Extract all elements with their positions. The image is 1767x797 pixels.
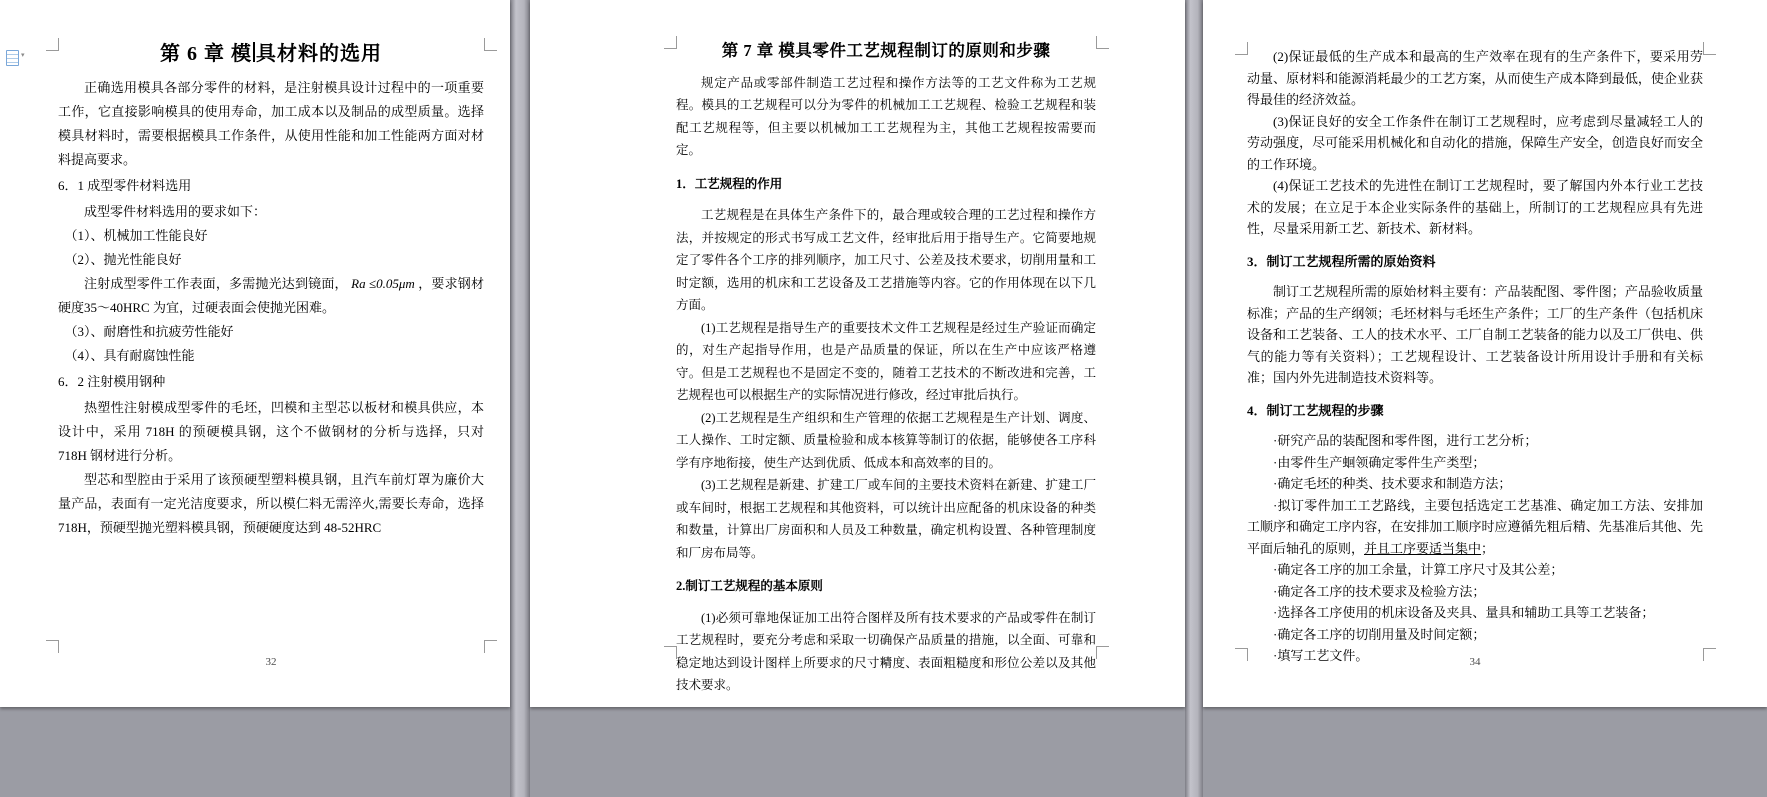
page-number: 32: [58, 656, 484, 668]
heading-6-2[interactable]: 6．2 注射模用钢种: [58, 370, 484, 394]
paragraph[interactable]: (2)保证最低的生产成本和最高的生产效率在现有的生产条件下，要采用劳动量、原材料…: [1247, 46, 1703, 111]
page-number: 33: [676, 656, 1096, 668]
text-caret: [253, 42, 255, 62]
paragraph[interactable]: 型芯和型腔由于采用了该预硬型塑料模具钢，且汽车前灯罩为廉价大量产品，表面有一定光…: [58, 468, 484, 540]
text-margin-mark: [484, 38, 497, 51]
heading-1[interactable]: 1．工艺规程的作用: [676, 173, 1096, 196]
chapter-7-title[interactable]: 第 7 章 模具零件工艺规程制订的原则和步骤: [676, 40, 1096, 63]
list-item[interactable]: （2）、抛光性能良好: [58, 248, 484, 272]
paragraph[interactable]: (4)保证工艺技术的先进性在制订工艺规程时，要了解国内外本行业工艺技术的发展；在…: [1247, 175, 1703, 240]
paragraph[interactable]: 热塑性注射模成型零件的毛坯，凹模和主型芯以板材和模具供应，本设计中，采用 718…: [58, 396, 484, 468]
paragraph-text: 注射成型零件工作表面，多需抛光达到镜面，: [84, 276, 351, 291]
list-item[interactable]: ·确定各工序的切削用量及时间定额；: [1247, 624, 1703, 646]
heading-3[interactable]: 3．制订工艺规程所需的原始资料: [1247, 251, 1703, 273]
text-margin-mark: [1096, 36, 1109, 49]
paragraph[interactable]: 成型零件材料选用的要求如下：: [58, 200, 484, 224]
paragraph[interactable]: (2)工艺规程是生产组织和生产管理的依据工艺规程是生产计划、调度、工人操作、工时…: [676, 407, 1096, 475]
text-margin-mark: [46, 640, 59, 653]
heading-6-1[interactable]: 6．1 成型零件材料选用: [58, 174, 484, 198]
paragraph[interactable]: 工艺规程是在具体生产条件下的，最合理或较合理的工艺过程和操作方法，并按规定的形式…: [676, 204, 1096, 317]
list-item-text: ；: [1481, 541, 1494, 556]
text-margin-mark: [1703, 42, 1716, 55]
paragraph[interactable]: (3)保证良好的安全工作条件在制订工艺规程时，应考虑到尽量减轻工人的劳动强度，尽…: [1247, 111, 1703, 176]
chapter-6-title-left: 第 6 章 模: [160, 43, 252, 65]
surface-roughness-formula: Ra ≤0.05μm: [351, 276, 415, 291]
list-item[interactable]: ·确定各工序的加工余量，计算工序尺寸及其公差；: [1247, 559, 1703, 581]
heading-2[interactable]: 2.制订工艺规程的基本原则: [676, 575, 1096, 598]
list-item[interactable]: ·选择各工序使用的机床设备及夹具、量具和辅助工具等工艺装备；: [1247, 602, 1703, 624]
list-item[interactable]: ·拟订零件加工工艺路线，主要包括选定工艺基准、确定加工方法、安排加工顺序和确定工…: [1247, 495, 1703, 560]
chapter-6-title[interactable]: 第 6 章 模具材料的选用: [58, 42, 484, 66]
page-gutter: [510, 0, 530, 797]
page-33-text[interactable]: 第 7 章 模具零件工艺规程制订的原则和步骤 规定产品或零部件制造工艺过程和操作…: [676, 40, 1096, 697]
page-34-text[interactable]: (2)保证最低的生产成本和最高的生产效率在现有的生产条件下，要采用劳动量、原材料…: [1247, 46, 1703, 667]
page-32[interactable]: ▾ 第 6 章 模具材料的选用 正确选用模具各部分零件的材料，是注射模具设计过程…: [0, 0, 510, 707]
paragraph-select-icon[interactable]: [6, 50, 19, 66]
paragraph[interactable]: (1)必须可靠地保证加工出符合图样及所有技术要求的产品或零件在制订工艺规程时，要…: [676, 607, 1096, 697]
page-34[interactable]: (2)保证最低的生产成本和最高的生产效率在现有的生产条件下，要采用劳动量、原材料…: [1203, 0, 1767, 707]
list-item[interactable]: （3）、耐磨性和抗疲劳性能好: [58, 320, 484, 344]
page-number: 34: [1247, 656, 1703, 668]
text-margin-mark: [484, 640, 497, 653]
list-item[interactable]: （4）、具有耐腐蚀性能: [58, 344, 484, 368]
underlined-text: 并且工序要适当集中: [1364, 541, 1481, 556]
list-item[interactable]: （1）、机械加工性能良好: [58, 224, 484, 248]
text-margin-mark: [1703, 648, 1716, 661]
page-32-text[interactable]: 第 6 章 模具材料的选用 正确选用模具各部分零件的材料，是注射模具设计过程中的…: [58, 42, 484, 540]
text-margin-mark: [1096, 646, 1109, 659]
dropdown-arrow-icon[interactable]: ▾: [21, 50, 25, 60]
paragraph[interactable]: (1)工艺规程是指导生产的重要技术文件工艺规程是经过生产验证而确定的，对生产起指…: [676, 317, 1096, 407]
paragraph[interactable]: 注射成型零件工作表面，多需抛光达到镜面， Ra ≤0.05μm ，要求钢材硬度3…: [58, 272, 484, 320]
list-item[interactable]: ·确定各工序的技术要求及检验方法；: [1247, 581, 1703, 603]
list-item[interactable]: ·由零件生产蛔领确定零件生产类型；: [1247, 452, 1703, 474]
list-item[interactable]: ·研究产品的装配图和零件图，进行工艺分析；: [1247, 430, 1703, 452]
margin-tool[interactable]: ▾: [6, 50, 25, 66]
list-item[interactable]: ·确定毛坯的种类、技术要求和制造方法；: [1247, 473, 1703, 495]
paragraph[interactable]: 正确选用模具各部分零件的材料，是注射模具设计过程中的一项重要工作，它直接影响模具…: [58, 76, 484, 172]
heading-4[interactable]: 4．制订工艺规程的步骤: [1247, 400, 1703, 422]
page-33[interactable]: 第 7 章 模具零件工艺规程制订的原则和步骤 规定产品或零部件制造工艺过程和操作…: [530, 0, 1185, 707]
paragraph[interactable]: 制订工艺规程所需的原始材料主要有：产品装配图、零件图；产品验收质量标准；产品的生…: [1247, 281, 1703, 389]
chapter-6-title-right: 具材料的选用: [256, 43, 382, 65]
paragraph[interactable]: 规定产品或零部件制造工艺过程和操作方法等的工艺文件称为工艺规程。模具的工艺规程可…: [676, 72, 1096, 162]
page-gutter: [1185, 0, 1203, 797]
paragraph[interactable]: (3)工艺规程是新建、扩建工厂或车间的主要技术资料在新建、扩建工厂或车间时，根据…: [676, 474, 1096, 564]
